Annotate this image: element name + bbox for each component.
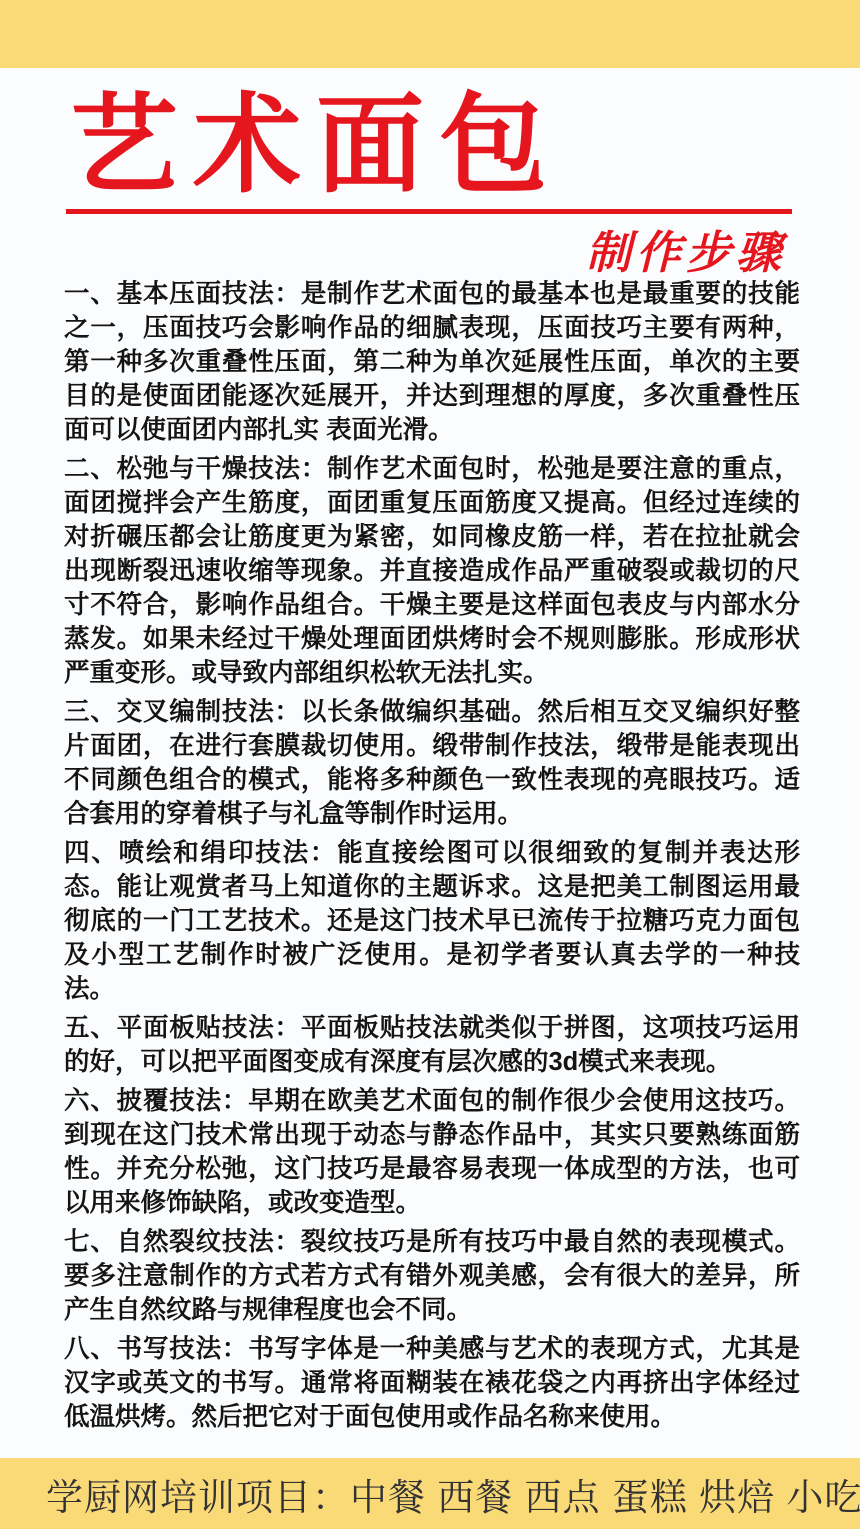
- section-8-writing: 八、书写技法：书写字体是一种美感与艺术的表现方式，尤其是汉字或英文的书写。通常将…: [64, 1332, 800, 1434]
- section-3-cross-weaving: 三、交叉编制技法：以长条做编织基础。然后相互交叉编织好整片面团，在进行套膜裁切使…: [64, 695, 800, 831]
- section-5-flat-panel-paste: 五、平面板贴技法：平面板贴技法就类似于拼图，这项技巧运用的好，可以把平面图变成有…: [64, 1011, 800, 1079]
- poster-page: 艺术面包 制作步骤 一、基本压面技法：是制作艺术面包的最基本也是最重要的技能之一…: [0, 0, 860, 1529]
- footer-yellow-band: 学厨网培训项目：中餐 西餐 西点 蛋糕 烘焙 小吃: [0, 1458, 860, 1529]
- section-7-natural-cracking: 七、自然裂纹技法：裂纹技巧是所有技巧中最自然的表现模式。要多注意制作的方式若方式…: [64, 1225, 800, 1327]
- top-yellow-band: [0, 0, 860, 68]
- section-6-draping: 六、披覆技法：早期在欧美艺术面包的制作很少会使用这技巧。到现在这门技术常出现于动…: [64, 1084, 800, 1220]
- section-1-basic-pressing: 一、基本压面技法：是制作艺术面包的最基本也是最重要的技能之一，压面技巧会影响作品…: [64, 277, 800, 447]
- title-underline: [66, 209, 792, 214]
- page-subtitle: 制作步骤: [586, 216, 786, 281]
- section-2-relax-drying: 二、松弛与干燥技法：制作艺术面包时，松弛是要注意的重点，面团搅拌会产生筋度，面团…: [64, 452, 800, 690]
- page-title: 艺术面包: [70, 86, 562, 205]
- footer-text: 学厨网培训项目：中餐 西餐 西点 蛋糕 烘焙 小吃: [46, 1467, 860, 1521]
- body-content: 一、基本压面技法：是制作艺术面包的最基本也是最重要的技能之一，压面技巧会影响作品…: [64, 277, 800, 1439]
- section-4-airbrush-screenprint: 四、喷绘和绢印技法：能直接绘图可以很细致的复制并表达形态。能让观赏者马上知道你的…: [64, 836, 800, 1006]
